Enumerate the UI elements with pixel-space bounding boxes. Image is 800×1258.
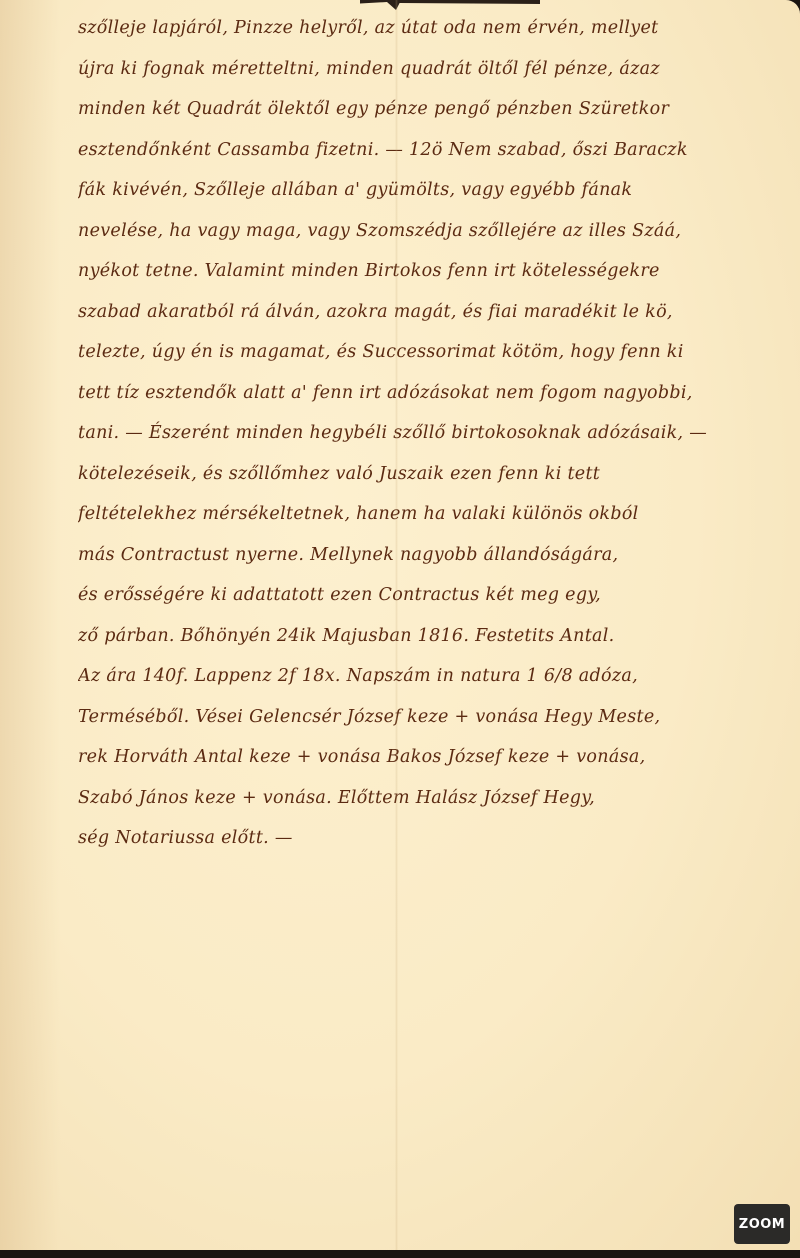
- line-text: újra ki fognak méretteltni, minden quadr…: [78, 59, 660, 79]
- line-text: telezte, úgy én is magamat, és Successor…: [78, 342, 684, 362]
- line-text: Terméséből. Vései Gelencsér József keze …: [78, 707, 660, 727]
- line-text: esztendőnként Cassamba fizetni. — 12ö Ne…: [78, 140, 688, 160]
- manuscript-line: Az ára 140f. Lappenz 2f 18x. Napszám in …: [78, 656, 798, 697]
- manuscript-line: „ség Notariussa előtt. —: [78, 818, 798, 859]
- manuscript-line: szőlleje lapjáról, Pinzze helyről, az út…: [78, 8, 798, 49]
- line-text: tani. — Észerént minden hegybéli szőllő …: [78, 423, 707, 443]
- line-text: fák kivévén, Szőlleje allában a' gyümölt…: [78, 180, 632, 200]
- manuscript-line: feltételekhez mérsékeltetnek, hanem ha v…: [78, 494, 798, 535]
- manuscript-line: és erősségére ki adattatott ezen Contrac…: [78, 575, 798, 616]
- manuscript-line: szabad akaratból rá álván, azokra magát,…: [78, 292, 798, 333]
- manuscript-line: minden két Quadrát ölektől egy pénze pen…: [78, 89, 798, 130]
- line-text: rek Horváth Antal keze + vonása Bakos Jó…: [78, 747, 645, 767]
- line-text: kötelezéseik, és szőllőmhez való Juszaik…: [78, 464, 600, 484]
- line-text: tett tíz esztendők alatt a' fenn irt adó…: [78, 383, 693, 403]
- line-text: és erősségére ki adattatott ezen Contrac…: [78, 585, 601, 605]
- line-text: nyékot tetne. Valamint minden Birtokos f…: [78, 261, 660, 281]
- zoom-logo[interactable]: ZOOM: [734, 1204, 790, 1244]
- line-text: ző párban. Bőhönyén 24ik Majusban 1816. …: [78, 626, 615, 646]
- manuscript-line: Szabó János keze + vonása. Előttem Halás…: [78, 778, 798, 819]
- line-text: minden két Quadrát ölektől egy pénze pen…: [78, 99, 669, 119]
- manuscript-line: „nyékot tetne. Valamint minden Birtokos …: [78, 251, 798, 292]
- manuscript-line: más Contractust nyerne. Mellynek nagyobb…: [78, 535, 798, 576]
- line-text: szabad akaratból rá álván, azokra magát,…: [78, 302, 673, 322]
- manuscript-line: nevelése, ha vagy maga, vagy Szomszédja …: [78, 211, 798, 252]
- zoom-logo-label: ZOOM: [739, 1217, 785, 1232]
- manuscript-line: „rek Horváth Antal keze + vonása Bakos J…: [78, 737, 798, 778]
- line-text: szőlleje lapjáról, Pinzze helyről, az út…: [78, 18, 658, 38]
- line-text: más Contractust nyerne. Mellynek nagyobb…: [78, 545, 618, 565]
- manuscript-line: újra ki fognak méretteltni, minden quadr…: [78, 49, 798, 90]
- manuscript-line: kötelezéseik, és szőllőmhez való Juszaik…: [78, 454, 798, 495]
- manuscript-line: „telezte, úgy én is magamat, és Successo…: [78, 332, 798, 373]
- manuscript-line: „fák kivévén, Szőlleje allában a' gyümöl…: [78, 170, 798, 211]
- line-text: ség Notariussa előtt. —: [78, 828, 293, 848]
- line-text: nevelése, ha vagy maga, vagy Szomszédja …: [78, 221, 681, 241]
- manuscript-line: tett tíz esztendők alatt a' fenn irt adó…: [78, 373, 798, 414]
- line-text: feltételekhez mérsékeltetnek, hanem ha v…: [78, 504, 639, 524]
- manuscript-line: „ző párban. Bőhönyén 24ik Majusban 1816.…: [78, 616, 798, 657]
- line-text: Az ára 140f. Lappenz 2f 18x. Napszám in …: [78, 666, 638, 686]
- manuscript-line: Terméséből. Vései Gelencsér József keze …: [78, 697, 798, 738]
- manuscript-line: esztendőnként Cassamba fizetni. — 12ö Ne…: [78, 130, 798, 171]
- manuscript-line: „tani. — Észerént minden hegybéli szőllő…: [78, 413, 798, 454]
- line-text: Szabó János keze + vonása. Előttem Halás…: [78, 788, 595, 808]
- handwritten-text: szőlleje lapjáról, Pinzze helyről, az út…: [78, 8, 798, 859]
- scan-border: [0, 1250, 800, 1258]
- manuscript-page: szőlleje lapjáról, Pinzze helyről, az út…: [0, 0, 800, 1250]
